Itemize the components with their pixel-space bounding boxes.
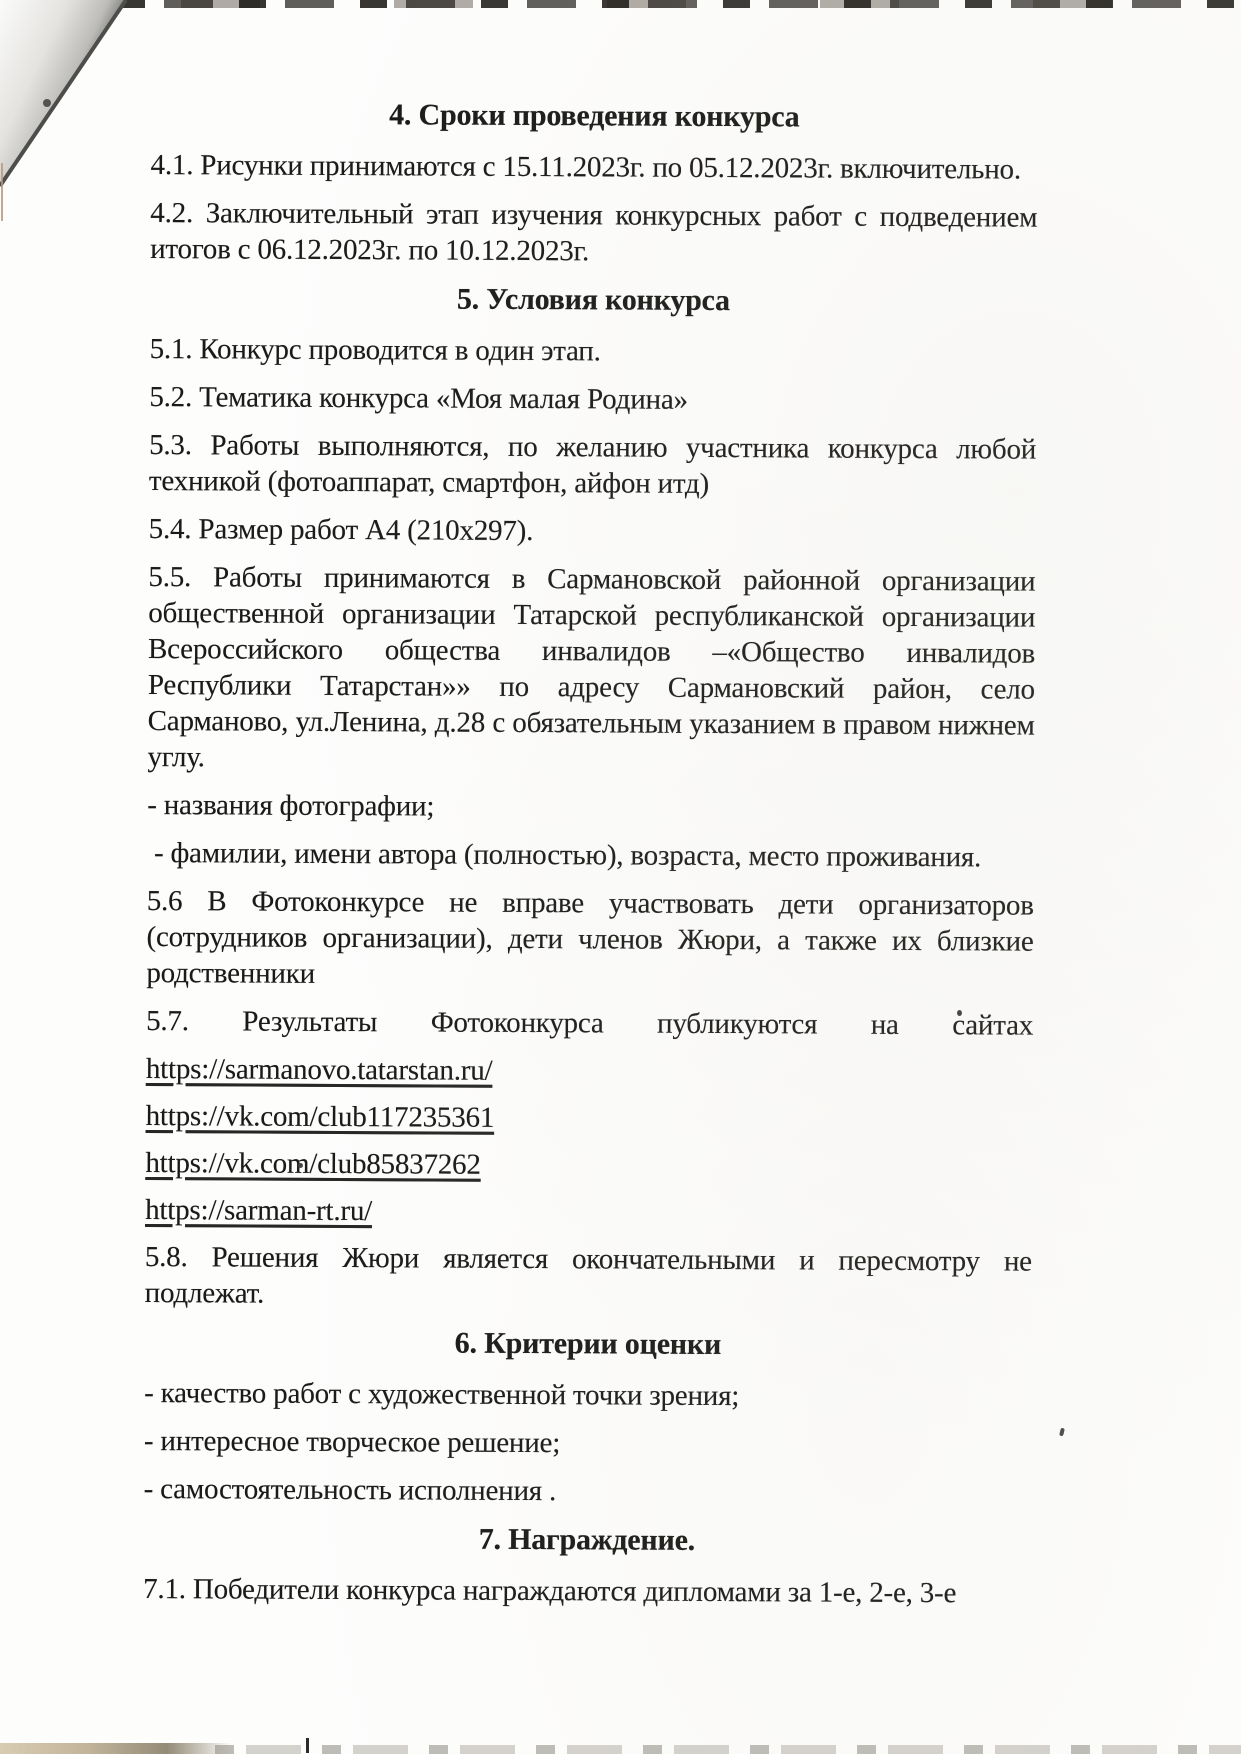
- criteria-item-independence: - самостоятельность исполнения .: [144, 1471, 1031, 1512]
- clause-4-2: 4.2. Заключительный этап изучения конкур…: [150, 195, 1037, 272]
- scan-artifact-bottom-cutoff-text: [215, 1745, 1241, 1754]
- scan-artifact-paper-edge: [1, 163, 3, 221]
- clause-5-5-dash-photo-title: - названия фотографии;: [147, 787, 1034, 828]
- section-4-heading: 4. Сроки проведения конкурса: [151, 95, 1038, 138]
- clause-5-7-number: 5.7.: [146, 1003, 189, 1039]
- link-sarman-rt[interactable]: https://sarman-rt.ru/: [145, 1194, 372, 1227]
- scan-artifact-corner-fold: [0, 0, 140, 200]
- clause-5-7-word-3: публикуются: [657, 1006, 817, 1043]
- scan-artifact-speck: [957, 1010, 962, 1016]
- clause-4-1: 4.1. Рисунки принимаются с 15.11.2023г. …: [151, 147, 1038, 188]
- clause-5-7-word-5: сайтах: [952, 1007, 1033, 1043]
- section-5-heading: 5. Условия конкурса: [150, 279, 1037, 322]
- clause-5-4: 5.4. Размер работ А4 (210х297).: [149, 511, 1036, 552]
- link-row: https://vk.com/club117235361: [146, 1098, 1033, 1139]
- clause-5-7: 5.7. Результаты Фотоконкурса публикуются…: [146, 1003, 1033, 1044]
- section-6-heading: 6. Критерии оценки: [144, 1323, 1031, 1366]
- link-vk-club85837262[interactable]: https://vk.com/club85837262: [145, 1147, 481, 1181]
- section-7-heading: 7. Награждение.: [143, 1519, 1030, 1562]
- clause-5-8: 5.8. Решения Жюри является окончательным…: [145, 1239, 1032, 1316]
- scan-artifact-bottom-mark: [306, 1738, 309, 1753]
- scan-artifact-bottom-left-strip: [0, 1743, 232, 1754]
- clause-5-7-word-1: Результаты: [242, 1003, 377, 1040]
- clause-5-2: 5.2. Тематика конкурса «Моя малая Родина…: [149, 379, 1036, 420]
- criteria-item-quality: - качество работ с художественной точки …: [144, 1375, 1031, 1416]
- link-row: https://sarman-rt.ru/: [145, 1192, 1032, 1233]
- clause-5-3: 5.3. Работы выполняются, по желанию учас…: [149, 427, 1036, 504]
- clause-7-1: 7.1. Победители конкурса награждаются ди…: [143, 1571, 1030, 1612]
- link-row: https://vk.com/club85837262: [145, 1145, 1032, 1186]
- scan-artifact-speck: [1059, 1428, 1065, 1437]
- clause-5-7-word-4: на: [871, 1007, 899, 1043]
- document-body: 4. Сроки проведения конкурса 4.1. Рисунк…: [143, 88, 1038, 1624]
- scanned-document-page: 4. Сроки проведения конкурса 4.1. Рисунк…: [0, 0, 1241, 1754]
- scan-artifact-top-cutoff-text: [118, 0, 1241, 8]
- clause-5-5: 5.5. Работы принимаются в Сармановской р…: [147, 559, 1035, 780]
- clause-5-5-dash-author-info: - фамилии, имени автора (полностью), воз…: [147, 835, 1034, 876]
- link-vk-club117235361[interactable]: https://vk.com/club117235361: [146, 1100, 495, 1134]
- clause-5-7-word-2: Фотоконкурса: [431, 1004, 604, 1041]
- link-row: https://sarmanovo.tatarstan.ru/: [146, 1051, 1033, 1092]
- criteria-item-creative: - интересное творческое решение;: [144, 1423, 1031, 1464]
- scan-artifact-speck: [298, 1163, 303, 1168]
- clause-5-6: 5.6 В Фотоконкурсе не вправе участвовать…: [146, 883, 1034, 996]
- link-sarmanovo-tatarstan[interactable]: https://sarmanovo.tatarstan.ru/: [146, 1053, 493, 1087]
- clause-5-1: 5.1. Конкурс проводится в один этап.: [150, 331, 1037, 372]
